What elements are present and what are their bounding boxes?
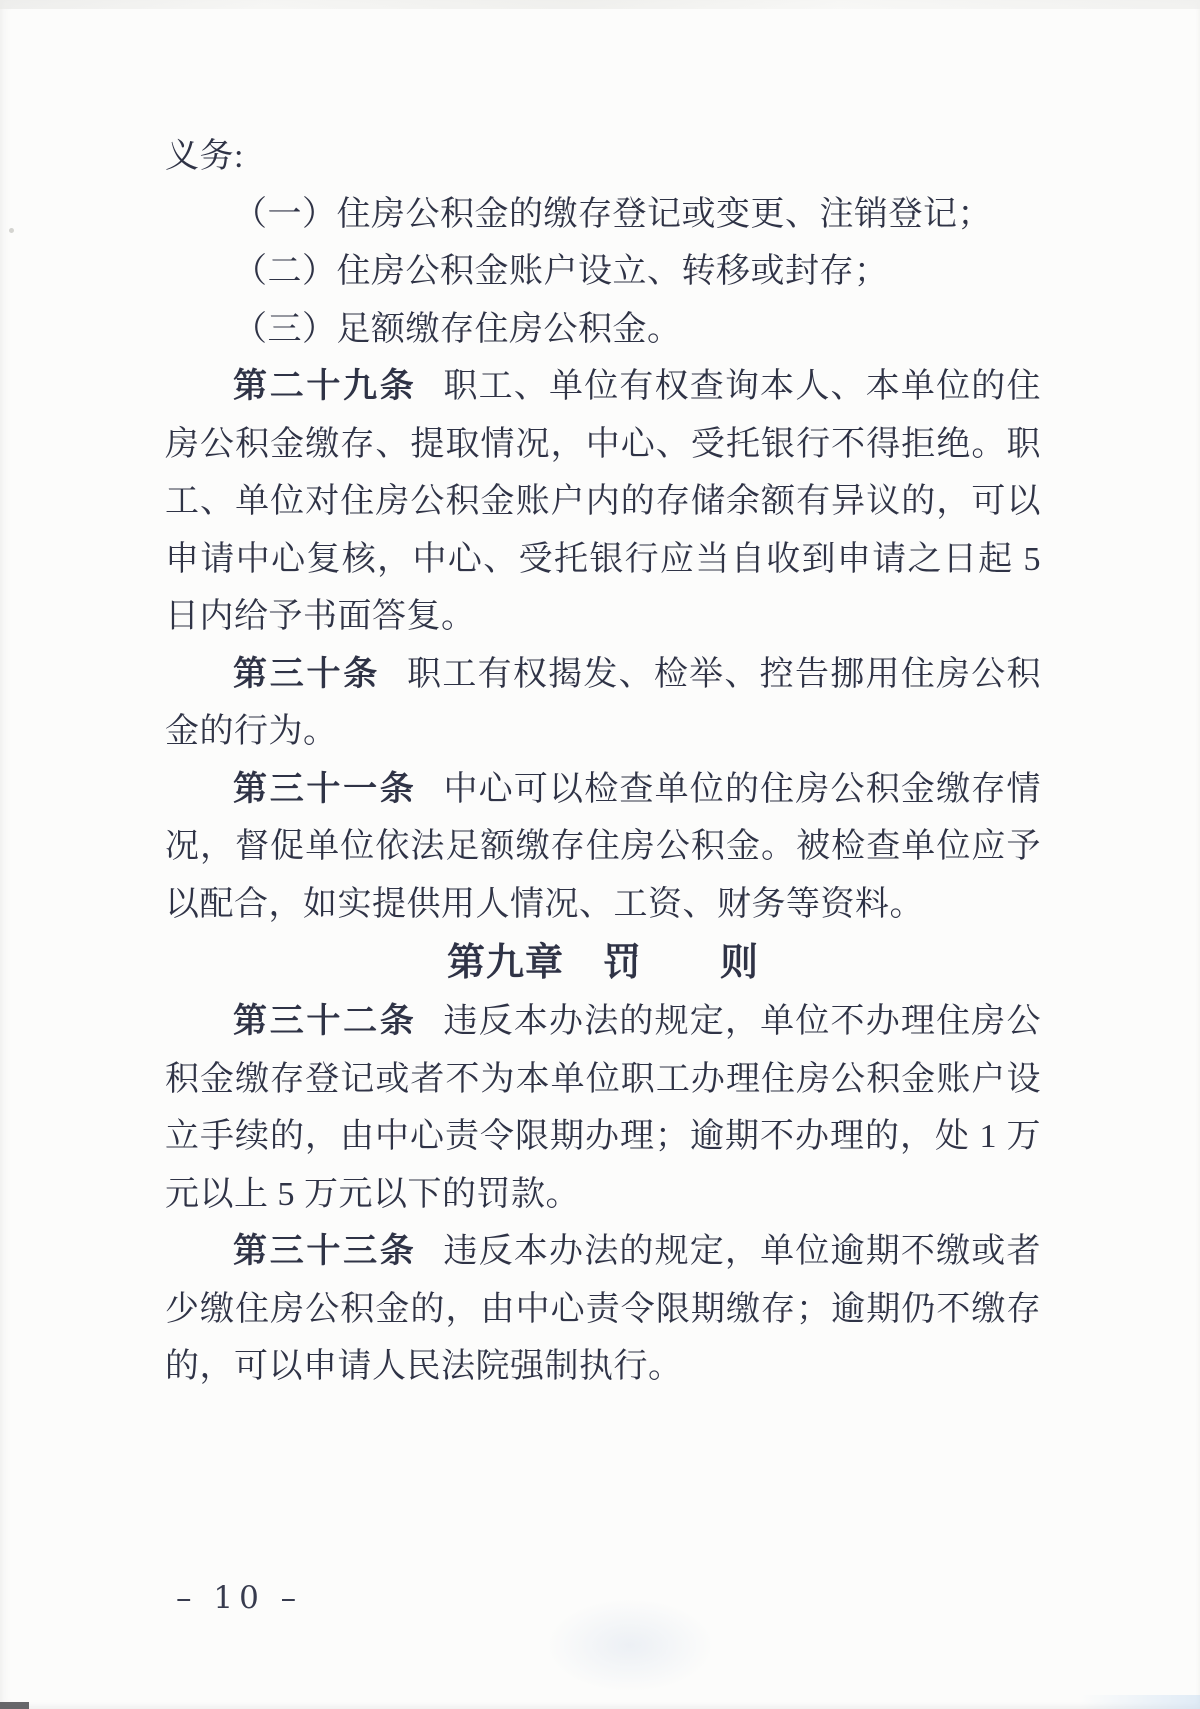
list-item-3: （三）足额缴存住房公积金。 [165, 301, 1041, 359]
continuation-line: 义务: [165, 128, 1041, 186]
article-paragraph-32: 第三十二条违反本办法的规定，单位不办理住房公积金缴存登记或者不为本单位职工办理住… [165, 993, 1041, 1223]
article-number: 第三十条 [233, 655, 380, 693]
scan-corner-artifact [0, 1702, 29, 1709]
article-number: 第三十三条 [233, 1232, 416, 1270]
article-paragraph-29: 第二十九条职工、单位有权查询本人、本单位的住房公积金缴存、提取情况，中心、受托银… [165, 358, 1041, 646]
article-number: 第三十二条 [233, 1002, 416, 1040]
article-number: 第三十一条 [233, 770, 416, 808]
list-item-1: （一）住房公积金的缴存登记或变更、注销登记； [165, 186, 1041, 244]
article-paragraph-33: 第三十三条违反本办法的规定，单位逾期不缴或者少缴住房公积金的，由中心责令限期缴存… [165, 1223, 1041, 1396]
article-number: 第二十九条 [233, 367, 416, 405]
scan-edge-artifact [0, 0, 1200, 9]
scan-smudge-artifact [545, 1598, 715, 1693]
article-body: 职工、单位有权查询本人、本单位的住房公积金缴存、提取情况，中心、受托银行不得拒绝… [165, 368, 1041, 635]
article-paragraph-31: 第三十一条中心可以检查单位的住房公积金缴存情况，督促单位依法足额缴存住房公积金。… [165, 761, 1041, 934]
document-page: 义务: （一）住房公积金的缴存登记或变更、注销登记； （二）住房公积金账户设立、… [0, 0, 1200, 1709]
document-text-block: 义务: （一）住房公积金的缴存登记或变更、注销登记； （二）住房公积金账户设立、… [165, 128, 1041, 1396]
scan-speck-artifact [9, 228, 14, 233]
scan-smudge-artifact [1080, 1695, 1200, 1709]
page-number: – 10 – [176, 1580, 302, 1616]
chapter-heading: 第九章 罚 则 [165, 933, 1041, 993]
list-item-2: （二）住房公积金账户设立、转移或封存； [165, 243, 1041, 301]
article-paragraph-30: 第三十条职工有权揭发、检举、控告挪用住房公积金的行为。 [165, 646, 1041, 761]
